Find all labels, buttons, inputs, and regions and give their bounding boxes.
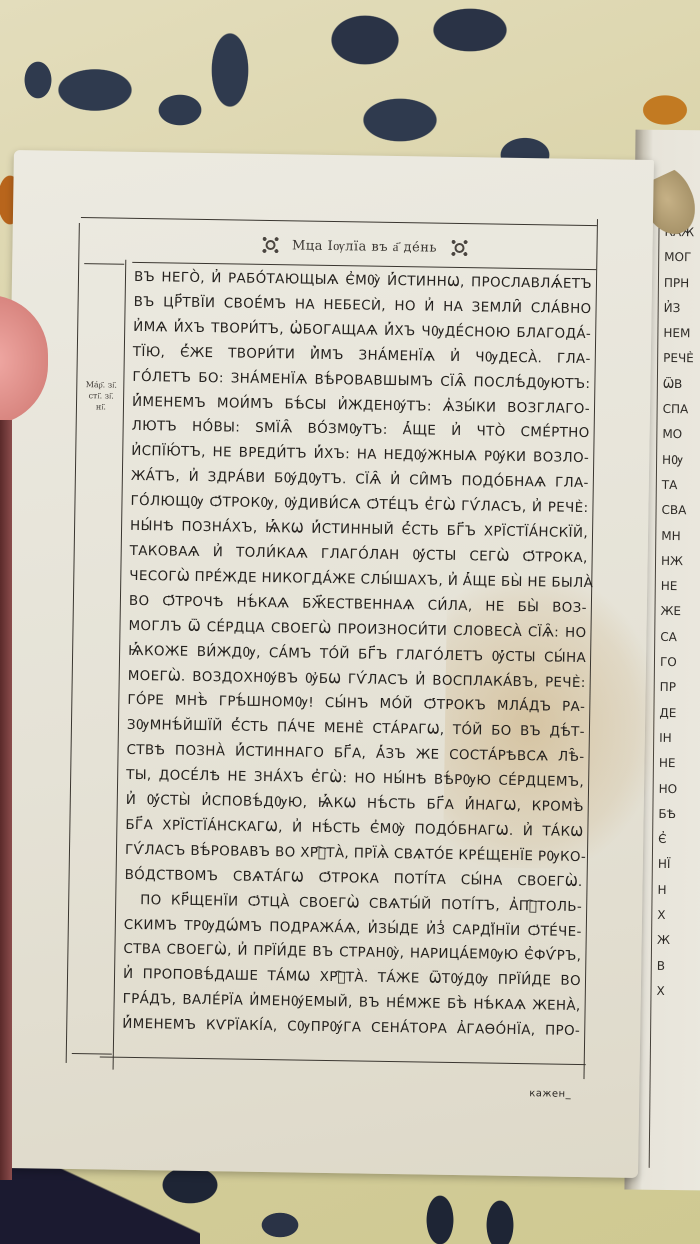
facing-text-fragment: нж <box>661 549 692 575</box>
facing-text-fragment: нѹ <box>662 448 693 474</box>
facing-page-text: кажмогпрни҆знемречѐѿвспамонѹтасвамннжнеж… <box>656 220 695 1004</box>
facing-text-fragment: ж <box>657 928 688 954</box>
margin-note-line: Ма́р҃. зі҃. <box>80 379 122 391</box>
facing-text-fragment: н <box>657 878 688 904</box>
facing-text-fragment: не <box>661 574 692 600</box>
facing-text-fragment: са <box>660 625 691 651</box>
margin-note-line: сті҃. зі҃. <box>80 390 122 402</box>
facing-text-fragment: х <box>656 979 687 1005</box>
hand-edge <box>0 420 12 1180</box>
facing-text-fragment: в <box>657 953 688 979</box>
book-page: Мца Іѹлїа въ а҃ де́нь Ма́р҃. зі҃. сті҃. … <box>0 150 654 1178</box>
facing-text-fragment: Ін <box>659 726 690 752</box>
facing-text-fragment: пр <box>660 675 691 701</box>
facing-text-fragment: и҆з <box>664 296 695 322</box>
ornament-icon <box>262 237 278 253</box>
facing-text-fragment: х <box>657 903 688 929</box>
facing-text-fragment: но <box>659 776 690 802</box>
running-head: Мца Іѹлїа въ а҃ де́нь <box>132 226 596 267</box>
facing-text-fragment: мо <box>662 422 693 448</box>
facing-text-fragment: речѐ <box>663 346 694 372</box>
facing-text-fragment: не <box>659 751 690 777</box>
facing-text-fragment: бѣ <box>658 802 689 828</box>
ornament-icon <box>451 240 467 256</box>
facing-text-fragment: нї <box>658 852 689 878</box>
facing-text-fragment: мн <box>661 523 692 549</box>
facing-text-fragment: ѿв <box>663 372 694 398</box>
facing-text-fragment: нем <box>663 321 694 347</box>
facing-text-fragment: же <box>660 599 691 625</box>
facing-text-fragment: спа <box>662 397 693 423</box>
facing-text-fragment: є҆ <box>658 827 689 853</box>
facing-text-fragment: де <box>659 701 690 727</box>
facing-text-fragment: прн <box>664 271 695 297</box>
margin-reference-note: Ма́р҃. зі҃. сті҃. зі҃. ні҃. <box>80 379 123 413</box>
margin-note-line: ні҃. <box>80 401 122 413</box>
facing-text-fragment: сва <box>661 498 692 524</box>
catchword: кажен_ <box>529 1088 571 1100</box>
facing-text-fragment: та <box>662 473 693 499</box>
facing-text-fragment: мог <box>664 245 695 271</box>
running-head-text: Мца Іѹлїа въ а҃ де́нь <box>292 237 437 255</box>
body-text: въ него̀, и҆ рабо́тающыѧ є҆мѹ̀ и҆́стиннѡ… <box>122 266 592 1045</box>
facing-text-fragment: го <box>660 650 691 676</box>
